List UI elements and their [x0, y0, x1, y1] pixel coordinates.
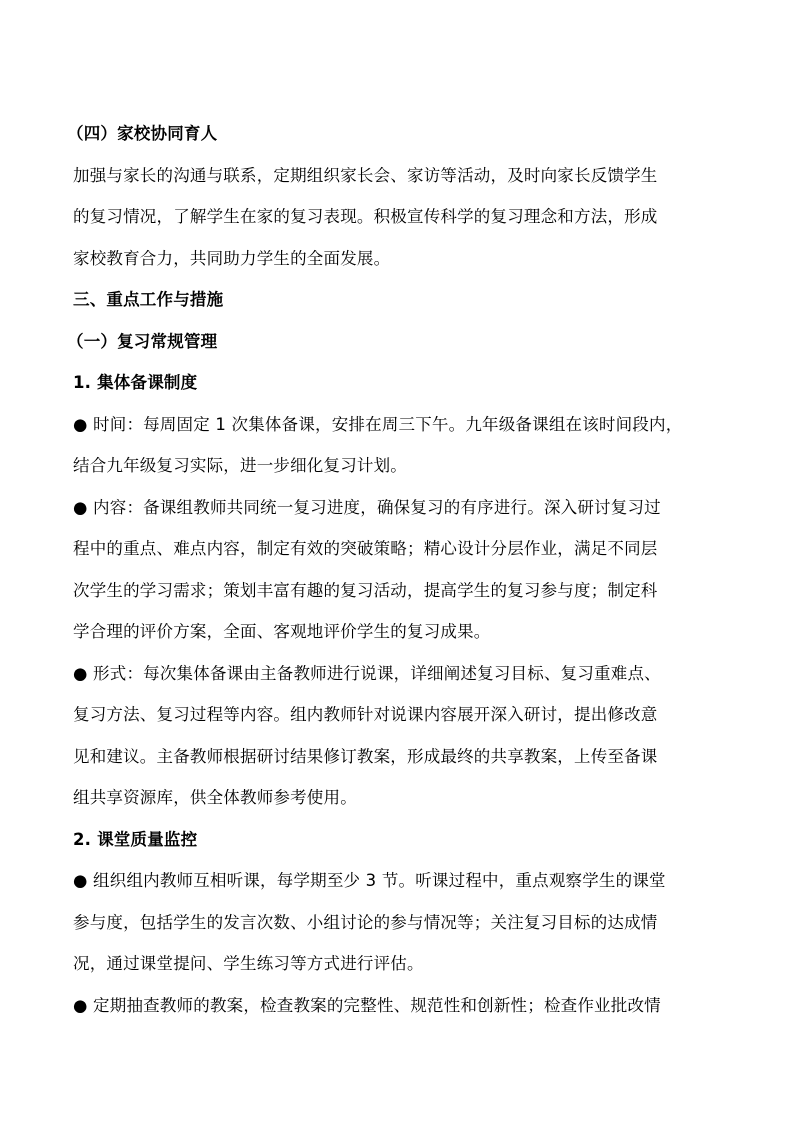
text-line: 次学生的学习需求；策划丰富有趣的复习活动，提高学生的复习参与度；制定科: [73, 570, 733, 612]
chapter-heading-key-work: 三、重点工作与措施: [73, 279, 733, 321]
bullet-time: ● 时间：每周固定 1 次集体备课，安排在周三下午。九年级备课组在该时间段内， …: [73, 404, 733, 487]
text-line: 的复习情况，了解学生在家的复习表现。积极宣传科学的复习理念和方法，形成: [73, 196, 733, 238]
text-line: 程中的重点、难点内容，制定有效的突破策略；精心设计分层作业，满足不同层: [73, 528, 733, 570]
section-heading-review-routine: （一）复习常规管理: [67, 321, 733, 363]
section-heading-home-school: （四）家校协同育人: [67, 113, 733, 155]
text-line: 见和建议。主备教师根据研讨结果修订教案，形成最终的共享教案，上传至备课: [73, 736, 733, 778]
paragraph-home-school: 加强与家长的沟通与联系，定期组织家长会、家访等活动，及时向家长反馈学生 的复习情…: [73, 155, 733, 280]
text-line: 结合九年级复习实际，进一步细化复习计划。: [73, 445, 733, 487]
text-line: 组共享资源库，供全体教师参考使用。: [73, 777, 733, 819]
text-line: 学合理的评价方案，全面、客观地评价学生的复习成果。: [73, 611, 733, 653]
document-page: （四）家校协同育人 加强与家长的沟通与联系，定期组织家长会、家访等活动，及时向家…: [73, 113, 733, 1026]
bullet-peer-observation: ● 组织组内教师互相听课，每学期至少 3 节。听课过程中，重点观察学生的课堂 参…: [73, 860, 733, 985]
text-line: ● 组织组内教师互相听课，每学期至少 3 节。听课过程中，重点观察学生的课堂: [73, 860, 733, 902]
text-line: ● 定期抽查教师的教案，检查教案的完整性、规范性和创新性；检查作业批改情: [73, 985, 733, 1027]
subheading-collective-lesson-prep: 1. 集体备课制度: [73, 362, 733, 404]
subheading-classroom-quality: 2. 课堂质量监控: [73, 819, 733, 861]
text-line: 复习方法、复习过程等内容。组内教师针对说课内容展开深入研讨，提出修改意: [73, 694, 733, 736]
text-line: ● 时间：每周固定 1 次集体备课，安排在周三下午。九年级备课组在该时间段内，: [73, 404, 733, 446]
text-line: 参与度，包括学生的发言次数、小组讨论的参与情况等；关注复习目标的达成情: [73, 902, 733, 944]
text-line: 加强与家长的沟通与联系，定期组织家长会、家访等活动，及时向家长反馈学生: [73, 155, 733, 197]
text-line: ● 内容：备课组教师共同统一复习进度，确保复习的有序进行。深入研讨复习过: [73, 487, 733, 529]
bullet-format: ● 形式：每次集体备课由主备教师进行说课，详细阐述复习目标、复习重难点、 复习方…: [73, 653, 733, 819]
text-line: ● 形式：每次集体备课由主备教师进行说课，详细阐述复习目标、复习重难点、: [73, 653, 733, 695]
bullet-lesson-plan-check: ● 定期抽查教师的教案，检查教案的完整性、规范性和创新性；检查作业批改情: [73, 985, 733, 1027]
text-line: 况，通过课堂提问、学生练习等方式进行评估。: [73, 943, 733, 985]
text-line: 家校教育合力，共同助力学生的全面发展。: [73, 238, 733, 280]
bullet-content: ● 内容：备课组教师共同统一复习进度，确保复习的有序进行。深入研讨复习过 程中的…: [73, 487, 733, 653]
